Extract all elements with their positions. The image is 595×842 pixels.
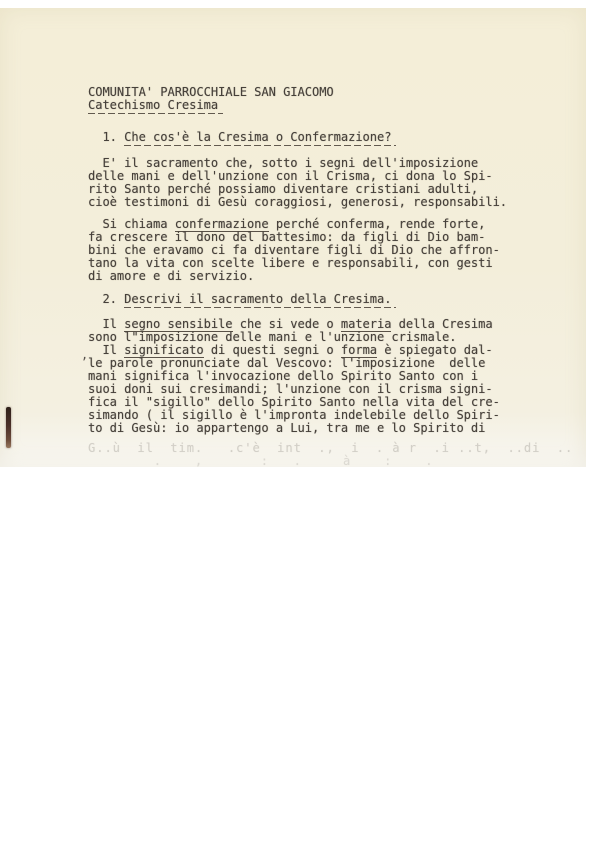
underlined-text: Che cos'è la Cresima o Confermazione?: [124, 131, 396, 146]
text-segment: 2.: [88, 293, 124, 306]
underlined-text: Descrivi il sacramento della Cresima.: [124, 293, 396, 308]
faded-illegible-line: . , : . à : .: [88, 455, 528, 468]
text-segment: 1.: [88, 131, 124, 144]
paragraph-2: Si chiama confermazione perché conferma,…: [88, 218, 528, 283]
question-2-heading: 2. Descrivi il sacramento della Cresima.: [88, 293, 528, 306]
text-segment: cioè testimoni di Gesù coraggiosi, gener…: [88, 196, 507, 209]
paragraph-4: Il significato di questi segni o forma è…: [88, 344, 528, 435]
text-line: cioè testimoni di Gesù coraggiosi, gener…: [88, 196, 528, 209]
text-segment: di amore e di servizio.: [88, 270, 254, 283]
text-line: 1. Che cos'è la Cresima o Confermazione?: [88, 131, 528, 144]
text-line: di amore e di servizio.: [88, 270, 528, 283]
text-line: to di Gesù: io appartengo a Lui, tra me …: [88, 422, 528, 435]
paragraph-3: Il segno sensibile che si vede o materia…: [88, 318, 528, 344]
question-1-heading: 1. Che cos'è la Cresima o Confermazione?: [88, 131, 528, 144]
text-line: 2. Descrivi il sacramento della Cresima.: [88, 293, 528, 306]
paragraph-1: E' il sacramento che, sotto i segni dell…: [88, 157, 528, 209]
document-text: COMUNITA' PARROCCHIALE SAN GIACOMO Catec…: [88, 86, 528, 468]
text-segment: to di Gesù: io appartengo a Lui, tra me …: [88, 422, 485, 435]
underlined-text: Catechismo Cresima: [88, 99, 223, 114]
scanned-paper-page: , COMUNITA' PARROCCHIALE SAN GIACOMO Cat…: [0, 8, 586, 467]
faded-lines: G..ù il tim. .c'è int ., i . à r .i ..t,…: [88, 442, 528, 468]
document-subtitle: Catechismo Cresima: [88, 99, 528, 112]
document-blocks: 1. Che cos'è la Cresima o Confermazione?…: [88, 131, 528, 435]
ink-smudge-mark: [6, 407, 11, 448]
